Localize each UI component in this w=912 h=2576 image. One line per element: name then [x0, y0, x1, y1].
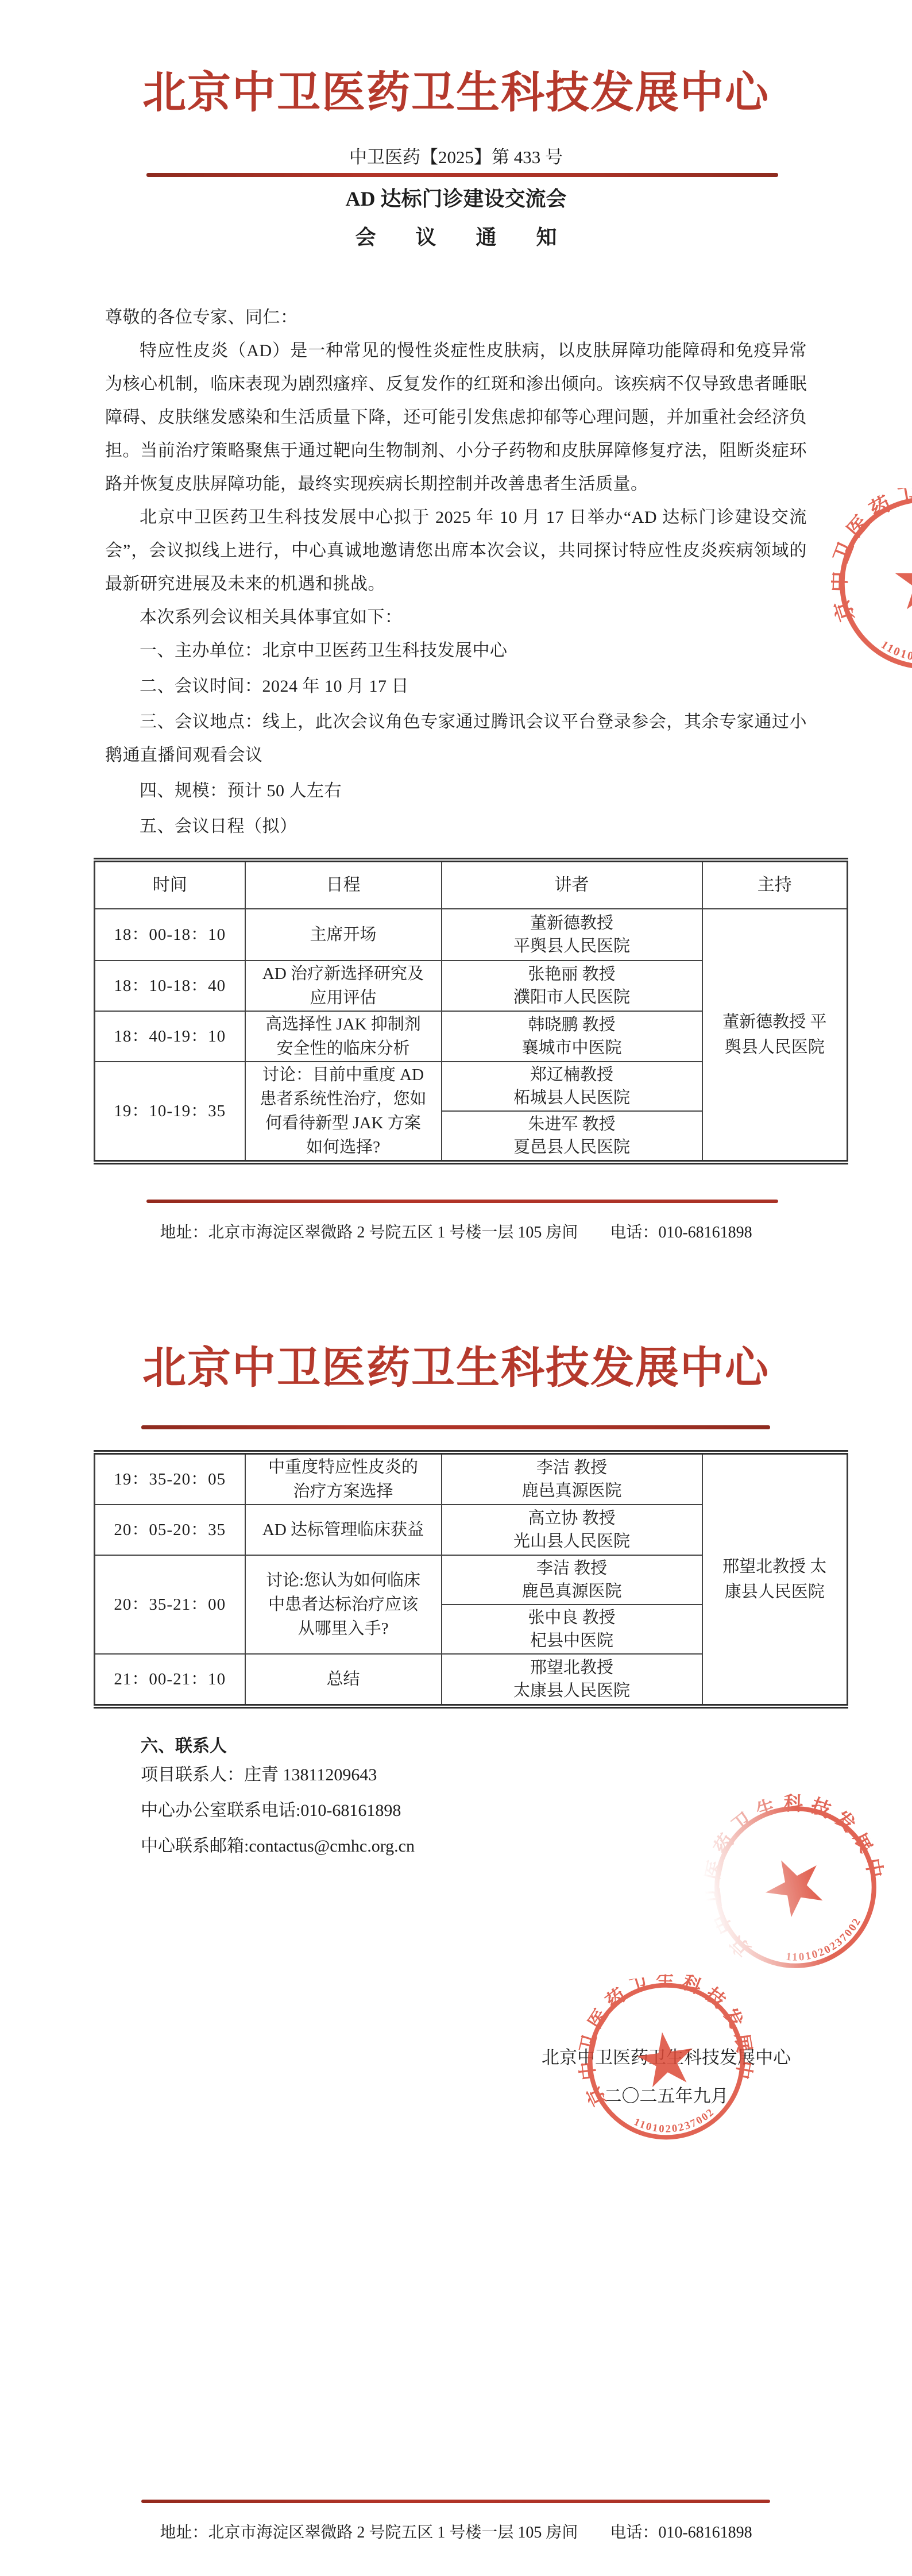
footer-rule: [141, 2500, 770, 2503]
speaker-cell: 张艳丽 教授 濮阳市人民医院: [442, 961, 702, 1011]
contact-line: 中心办公室联系电话:010-68161898: [141, 1798, 415, 1823]
speaker: 李洁 教授 鹿邑真源医院: [442, 1556, 702, 1604]
program-line: 总结: [246, 1667, 441, 1691]
footer-address: 地址：北京市海淀区翠微路 2 号院五区 1 号楼一层 105 房间 电话：010…: [0, 2521, 912, 2544]
program-line: 讨论：目前中重度 AD: [246, 1063, 441, 1087]
paragraph-lead: 本次系列会议相关具体事宜如下：: [105, 601, 807, 634]
contacts-section: 六、联系人 项目联系人：庄青 13811209643 中心办公室联系电话:010…: [141, 1734, 415, 1859]
speaker-hospital: 太康县人民医院: [442, 1679, 702, 1702]
paragraph-invite: 北京中卫医药卫生科技发展中心拟于 2025 年 10 月 17 日举办“AD 达…: [105, 501, 807, 601]
speaker: 韩晓鹏 教授 襄城市中医院: [442, 1012, 702, 1061]
doc-number: 中卫医药【2025】第 433 号: [0, 145, 912, 170]
speaker-cell: 李洁 教授 鹿邑真源医院: [442, 1452, 702, 1505]
program-cell: 讨论：目前中重度 AD 患者系统性治疗，您如 何看待新型 JAK 方案 如何选择…: [245, 1062, 442, 1162]
greeting: 尊敬的各位专家、同仁：: [105, 301, 807, 334]
speaker: 高立协 教授 光山县人民医院: [442, 1506, 702, 1554]
body-text: 尊敬的各位专家、同仁： 特应性皮炎（AD）是一种常见的慢性炎症性皮肤病，以皮肤屏…: [105, 301, 807, 843]
program-line: 如何选择?: [246, 1135, 441, 1159]
header-rule: [141, 1425, 770, 1429]
speaker-hospital: 濮阳市人民医院: [442, 986, 702, 1009]
official-seal: 北京中卫医药卫生科技发展中心 1101020237002: [549, 1961, 783, 2162]
paragraph-intro: 特应性皮炎（AD）是一种常见的慢性炎症性皮肤病，以皮肤屏障功能障碍和免疫异常为核…: [105, 334, 807, 501]
speaker-name: 邢望北教授: [442, 1656, 702, 1679]
host-cell: 邢望北教授 太 康县人民医院: [702, 1452, 848, 1706]
footer-address: 地址：北京市海淀区翠微路 2 号院五区 1 号楼一层 105 房间 电话：010…: [0, 1221, 912, 1244]
speaker-cell: 高立协 教授 光山县人民医院: [442, 1505, 702, 1555]
svg-text:北京中卫医药卫生科技发展中心: 北京中卫医药卫生科技发展中心: [831, 488, 912, 624]
speaker-hospital: 光山县人民医院: [442, 1530, 702, 1553]
time-cell: 19：10-19：35: [95, 1062, 245, 1162]
speaker: 邢望北教授 太康县人民医院: [442, 1655, 702, 1703]
table-header-row: 时间 日程 讲者 主持: [95, 860, 848, 909]
speaker-name: 张中良 教授: [442, 1606, 702, 1629]
star-icon: [756, 1847, 833, 1923]
scanned-meeting-notice: { "doc": { "org_title": "北京中卫医药卫生科技发展中心"…: [0, 0, 912, 2576]
host-line: 舆县人民医院: [703, 1035, 847, 1060]
item-time: 二、会议时间：2024 年 10 月 17 日: [105, 670, 807, 703]
page-1: 北京中卫医药卫生科技发展中心 中卫医药【2025】第 433 号 AD 达标门诊…: [0, 0, 912, 1288]
program-line: 何看待新型 JAK 方案: [246, 1111, 441, 1135]
speaker-name: 高立协 教授: [442, 1507, 702, 1530]
speaker-hospital: 襄城市中医院: [442, 1036, 702, 1059]
contact-line: 项目联系人：庄青 13811209643: [141, 1763, 415, 1788]
program-cell: 总结: [245, 1654, 442, 1706]
item-organizer: 一、主办单位：北京中卫医药卫生科技发展中心: [105, 634, 807, 668]
subject-title: AD 达标门诊建设交流会: [0, 186, 912, 212]
speaker-hospital: 鹿邑真源医院: [442, 1580, 702, 1603]
host-line: 邢望北教授 太: [703, 1554, 847, 1579]
official-seal: 北京中卫医药卫生科技发展中心 1101020237002: [831, 488, 912, 678]
host-line: 康县人民医院: [703, 1579, 847, 1605]
speaker-cell: 李洁 教授 鹿邑真源医院 张中良 教授 杞县中医院: [442, 1555, 702, 1654]
col-header-program: 日程: [245, 860, 442, 909]
program-line: 患者系统性治疗，您如: [246, 1087, 441, 1111]
program-line: 安全性的临床分析: [246, 1036, 441, 1061]
speaker: 李洁 教授 鹿邑真源医院: [442, 1455, 702, 1503]
item-agenda: 五、会议日程（拟）: [105, 810, 807, 843]
program-cell: 主席开场: [245, 909, 442, 961]
program-line: 高选择性 JAK 抑制剂: [246, 1012, 441, 1036]
agenda-table-page2: 19：35-20：05 中重度特应性皮炎的 治疗方案选择 李洁 教授 鹿邑真源医…: [94, 1450, 848, 1709]
table-row: 19：35-20：05 中重度特应性皮炎的 治疗方案选择 李洁 教授 鹿邑真源医…: [95, 1452, 848, 1505]
time-cell: 20：05-20：35: [95, 1505, 245, 1555]
speaker-name: 张艳丽 教授: [442, 963, 702, 986]
program-cell: 高选择性 JAK 抑制剂 安全性的临床分析: [245, 1011, 442, 1062]
time-cell: 19：35-20：05: [95, 1452, 245, 1505]
host-cell: 董新德教授 平 舆县人民医院: [702, 909, 848, 1162]
speaker-name: 董新德教授: [442, 912, 702, 935]
col-header-host: 主持: [702, 860, 848, 909]
speaker-hospital: 平舆县人民医院: [442, 935, 702, 958]
speaker-name: 朱进军 教授: [442, 1113, 702, 1136]
speaker: 张中良 教授 杞县中医院: [442, 1604, 702, 1653]
program-cell: 讨论:您认为如何临床 中患者达标治疗应该 从哪里入手?: [245, 1555, 442, 1654]
contact-line: 中心联系邮箱:contactus@cmhc.org.cn: [141, 1834, 415, 1859]
time-cell: 20：35-21：00: [95, 1555, 245, 1654]
host-line: 董新德教授 平: [703, 1009, 847, 1035]
program-line: 讨论:您认为如何临床: [246, 1568, 441, 1592]
contacts-heading: 六、联系人: [141, 1734, 415, 1759]
speaker-cell: 董新德教授 平舆县人民医院: [442, 909, 702, 961]
program-line: 主席开场: [246, 923, 441, 947]
col-header-speaker: 讲者: [442, 860, 702, 909]
speaker-name: 郑辽楠教授: [442, 1063, 702, 1086]
speaker: 郑辽楠教授 柘城县人民医院: [442, 1062, 702, 1110]
time-cell: 21：00-21：10: [95, 1654, 245, 1706]
seal-ring-text: 北京中卫医药卫生科技发展中心: [554, 1961, 760, 2112]
star-icon: [895, 551, 912, 610]
program-line: 从哪里入手?: [246, 1617, 441, 1641]
time-cell: 18：10-18：40: [95, 961, 245, 1011]
speaker-cell: 郑辽楠教授 柘城县人民医院 朱进军 教授 夏邑县人民医院: [442, 1062, 702, 1162]
program-line: 中患者达标治疗应该: [246, 1592, 441, 1617]
speaker: 董新德教授 平舆县人民医院: [442, 911, 702, 959]
program-cell: 中重度特应性皮炎的 治疗方案选择: [245, 1452, 442, 1505]
col-header-time: 时间: [95, 860, 245, 909]
star-icon: [635, 2029, 697, 2089]
speaker-hospital: 杞县中医院: [442, 1629, 702, 1652]
speaker-cell: 韩晓鹏 教授 襄城市中医院: [442, 1011, 702, 1062]
program-line: 应用评估: [246, 986, 441, 1010]
speaker-cell: 邢望北教授 太康县人民医院: [442, 1654, 702, 1706]
seal-ring-text: 北京中卫医药卫生科技发展中心: [831, 488, 912, 624]
program-line: 中重度特应性皮炎的: [246, 1455, 441, 1479]
speaker: 张艳丽 教授 濮阳市人民医院: [442, 962, 702, 1010]
org-title: 北京中卫医药卫生科技发展中心: [0, 1340, 912, 1397]
time-cell: 18：00-18：10: [95, 909, 245, 961]
speaker: 朱进军 教授 夏邑县人民医院: [442, 1110, 702, 1160]
notice-title: 会 议 通 知: [0, 224, 912, 250]
table-row: 18：00-18：10 主席开场 董新德教授 平舆县人民医院 董新德教授 平 舆…: [95, 909, 848, 961]
footer-rule: [146, 1200, 778, 1203]
program-line: AD 治疗新选择研究及: [246, 962, 441, 986]
agenda-table-page1: 时间 日程 讲者 主持 18：00-18：10 主席开场 董新德教授 平舆县人民…: [94, 858, 848, 1164]
item-scale: 四、规模：预计 50 人左右: [105, 774, 807, 808]
speaker-hospital: 柘城县人民医院: [442, 1086, 702, 1109]
speaker-hospital: 夏邑县人民医院: [442, 1136, 702, 1159]
header-rule: [146, 173, 778, 177]
speaker-name: 韩晓鹏 教授: [442, 1013, 702, 1036]
program-cell: AD 治疗新选择研究及 应用评估: [245, 961, 442, 1011]
speaker-name: 李洁 教授: [442, 1557, 702, 1580]
program-cell: AD 达标管理临床获益: [245, 1505, 442, 1555]
item-location: 三、会议地点：线上，此次会议角色专家通过腾讯会议平台登录参会，其余专家通过小鹅通…: [105, 705, 807, 772]
program-line: AD 达标管理临床获益: [246, 1518, 441, 1542]
speaker-hospital: 鹿邑真源医院: [442, 1479, 702, 1502]
time-cell: 18：40-19：10: [95, 1011, 245, 1062]
speaker-name: 李洁 教授: [442, 1456, 702, 1479]
page-2: 北京中卫医药卫生科技发展中心 19：35-20：05 中重度特应性皮炎的 治疗方…: [0, 1288, 912, 2576]
svg-text:北京中卫医药卫生科技发展中心: 北京中卫医药卫生科技发展中心: [554, 1961, 760, 2112]
org-title: 北京中卫医药卫生科技发展中心: [0, 64, 912, 122]
program-line: 治疗方案选择: [246, 1479, 441, 1503]
